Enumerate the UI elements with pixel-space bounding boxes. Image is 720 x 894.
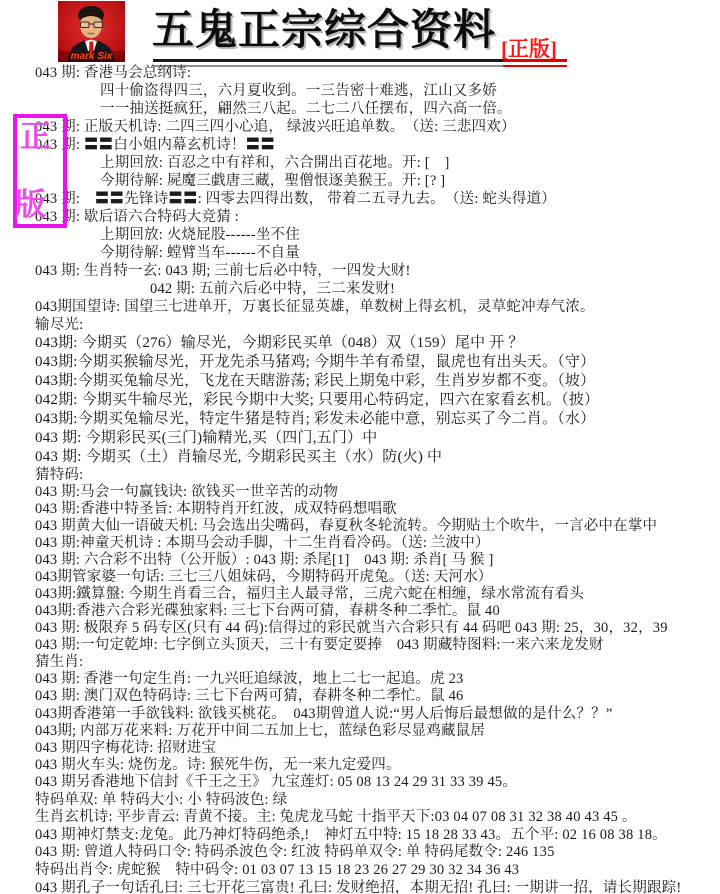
text-line: 043 期: 曾道人特码口令: 特码杀波色令: 红波 特码单双令: 单 特码尾数… xyxy=(0,844,720,862)
text-line: 043 期: 今期彩民买(三门)输精光,买（四门,五门）中 xyxy=(0,429,720,448)
text-line: 043期:香港六合彩光碟独家料: 三七下台两可猜，春耕冬种二季忙。鼠 40 xyxy=(0,603,720,620)
text-line: 043 期四字梅花诗: 招财进宝 xyxy=(0,740,720,757)
text-line: 043 期: 生肖特一玄: 043 期; 三前七后必中特，一四发大财! xyxy=(0,262,720,280)
section-masthead-poems: 043 期: 香港马会总纲诗:四十偷盗得四三，六月夏收到。一三告密十难逃，江山又… xyxy=(0,64,720,334)
text-line: 一一抽送挺疯狂，翩然三八起。二七二八任摆布，四六高一倍。 xyxy=(0,100,720,118)
text-line: 特码出肖令: 虎蛇猴 特中码令: 01 03 07 13 15 18 23 26… xyxy=(0,862,720,880)
section-shujin-guang: 043期: 今期买（276）输尽光，今期彩民买单（048）双（159）尾中 开 … xyxy=(0,334,720,467)
text-line: 043 期孔子一句话孔曰: 三七开花三富贵! 孔曰: 发财绝招，本期无招! 孔曰… xyxy=(0,880,720,894)
photo-caption: mark Six xyxy=(58,51,125,62)
text-line: 043 期黄大仙一语破天机: 马会选出尖嘴码，春夏秋冬轮流转。今期贴土个吹牛，一… xyxy=(0,518,720,535)
text-line: 043 期: 正版天机诗: 二四三四小心追， 绿波兴旺追单数。 （送: 三悲四欢… xyxy=(0,118,720,136)
text-line: 043期: 今期买（276）输尽光，今期彩民买单（048）双（159）尾中 开 … xyxy=(0,334,720,353)
text-line: 043期; 内部万花来料: 万花开中间二五加上七，蓝绿色彩尽显鸡藏鼠居 xyxy=(0,723,720,740)
text-line: 043 期: 香港一句定生肖: 一九兴旺追绿波，地上二七一起追。虎 23 xyxy=(0,671,720,688)
text-line: 043 期火车头: 烧伤龙。诗: 猴死牛伤，无一来九定爱四。 xyxy=(0,757,720,774)
text-line: 043 期:一句定乾坤: 七字倒立头顶天，三十有要定要捧 043 期藏特图料:一… xyxy=(0,637,720,654)
text-line: 043期管家婆一句话: 三七三八姐妹码，今期特码开虎兔。（送: 天河水） xyxy=(0,569,720,586)
text-line: 043期:鐵算盤: 今期生肖看三合，福归主人最寻常，三虎六蛇在相缠，绿水常流有看… xyxy=(0,586,720,603)
text-line: 043 期:马会一句赢钱诀: 欲钱买一世辛苦的动物 xyxy=(0,484,720,501)
text-line: 043 期另香港地下信封《千王之王》 九宝莲灯: 05 08 13 24 29 … xyxy=(0,774,720,791)
section-cai-shengxiao: 猜生肖:043 期: 香港一句定生肖: 一九兴旺追绿波，地上二七一起追。虎 23… xyxy=(0,654,720,792)
page-title: 五鬼正宗综合资料 xyxy=(152,4,496,58)
text-line: 生肖玄机诗: 平步青云: 青黄不接。主: 兔虎龙马蛇 十指平天下:03 04 0… xyxy=(0,809,720,827)
text-line: 042期: 今期买牛输尽光，彩民今期中大奖; 只要用心特码定，四六在家看玄机。（… xyxy=(0,391,720,410)
text-line: 今期待解: 螳臂当车------不自量 xyxy=(0,244,720,262)
text-line: 043 期: 今期买（土）肖输尽光, 今期彩民买主（水）防(火) 中 xyxy=(0,448,720,467)
text-line: 猜生肖: xyxy=(0,654,720,671)
text-line: 043 期: 〓〓先锋诗〓〓: 四零去四得出数， 带着二五寻九去。 （送: 蛇头… xyxy=(0,190,720,208)
text-line: 043期:今期买兔输尽光，特定牛猪是特肖; 彩发未必能中意，别忘买了今二肖。（水… xyxy=(0,410,720,429)
text-line: 上期回放: 百忍之中有祥和，六合開出百花地。开: [ ] xyxy=(0,154,720,172)
text-line: 四十偷盗得四三，六月夏收到。一三告密十难逃，江山又多娇 xyxy=(0,82,720,100)
text-line: 043期:今期买兔输尽光，飞龙在天瞎游荡; 彩民上期兔中彩，生肖岁岁都不变。（坡… xyxy=(0,372,720,391)
text-line: 输尽光: xyxy=(0,316,720,334)
text-line: 043期香港第一手欲钱料: 欲钱买桃花。 043期曾道人说:“男人后悔后最想做的… xyxy=(0,706,720,723)
text-line: 043 期: 歇后语六合特码大竞猜 : xyxy=(0,208,720,226)
text-line: 042 期: 五前六后必中特，三二来发财! xyxy=(0,280,720,298)
text-line: 猜特码: xyxy=(0,467,720,484)
text-line: 043期国望诗: 国望三七进单开，万裏长征显英雄，单数树上得玄机，灵草蛇冲寿气浓… xyxy=(0,298,720,316)
section-cai-tema: 猜特码:043 期:马会一句赢钱诀: 欲钱买一世辛苦的动物043 期:香港中特圣… xyxy=(0,467,720,654)
portrait-photo: mark Six xyxy=(58,1,125,62)
text-line: 043期:今期买猴输尽光，开龙先杀马猪鸡; 今期牛羊有希望，鼠虎也有出头天。（守… xyxy=(0,353,720,372)
text-line: 上期回放: 火烧屁股------坐不住 xyxy=(0,226,720,244)
text-line: 043 期神灯禁支:龙兔。此乃神灯特码绝杀,! 神灯五中特: 15 18 28 … xyxy=(0,827,720,845)
text-line: 043 期: 六合彩不出特（公开版）: 043 期: 杀尾[1] 043 期: … xyxy=(0,552,720,569)
text-line: 043 期: 〓〓白小姐内幕玄机诗！〓〓 xyxy=(0,136,720,154)
text-line: 特码单双: 单 特码大小: 小 特码波色: 绿 xyxy=(0,792,720,810)
text-line: 043 期:神童天机诗 : 本期马会动手脚，十二生肖看冷码。（送: 兰波中） xyxy=(0,535,720,552)
text-line: 043 期: 澳门双色特码诗: 三七下台两可猜，春耕冬种二季忙。鼠 46 xyxy=(0,688,720,705)
section-footer-codes: 特码单双: 单 特码大小: 小 特码波色: 绿生肖玄机诗: 平步青云: 青黄不接… xyxy=(0,792,720,894)
text-line: 043 期: 极限弃 5 码专区(只有 44 码):信得过的彩民就当六合彩只有 … xyxy=(0,620,720,637)
page: mark Six 五鬼正宗综合资料 [正版] 043 期: 香港马会总纲诗:四十… xyxy=(0,0,720,894)
text-line: 今期待解: 屍魔三戯唐三藏，聖僧恨逐美猴王。开: [? ] xyxy=(0,172,720,190)
text-line: 043 期:香港中特圣旨: 本期特肖开红波，成双特码想唱歌 xyxy=(0,501,720,518)
content: 043 期: 香港马会总纲诗:四十偷盗得四三，六月夏收到。一三告密十难逃，江山又… xyxy=(0,64,720,894)
text-line: 043 期: 香港马会总纲诗: xyxy=(0,64,720,82)
